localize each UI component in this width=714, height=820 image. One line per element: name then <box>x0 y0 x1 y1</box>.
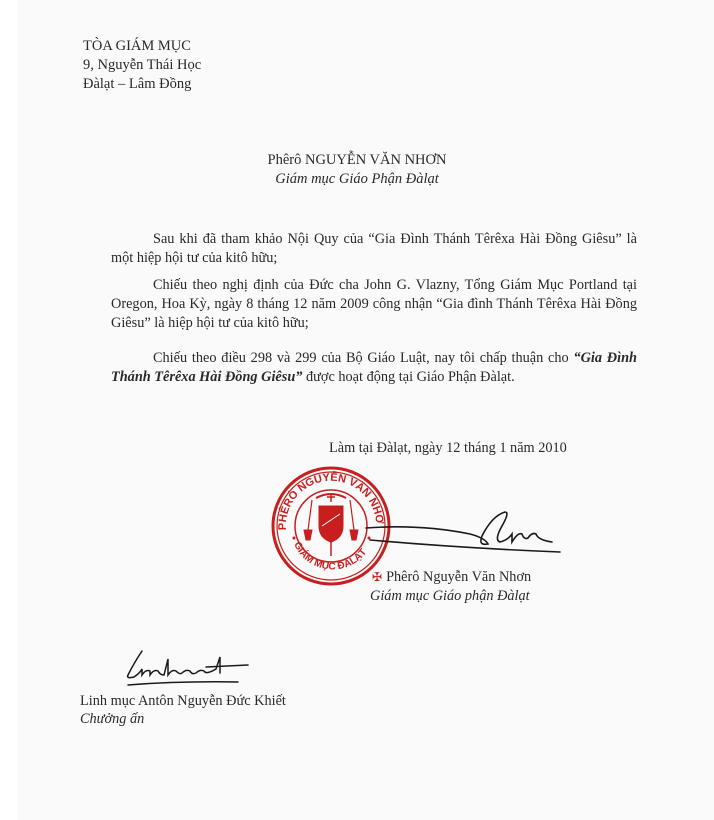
dateline: Làm tại Đàlạt, ngày 12 tháng 1 năm 2010 <box>329 440 567 457</box>
paragraph-1: Sau khi đã tham khảo Nội Quy của “Gia Đì… <box>111 230 637 268</box>
svg-text:GIÁM MỤC ĐÀLẠT: GIÁM MỤC ĐÀLẠT <box>291 540 369 572</box>
chancellor-name: Linh mục Antôn Nguyễn Đức Khiết <box>80 693 286 710</box>
sender-name: Phêrô NGUYỄN VĂN NHƠN <box>0 152 714 169</box>
letterhead-org: TÒA GIÁM MỤC <box>83 37 201 56</box>
chancellor-signature <box>120 645 260 690</box>
paragraph-3-tail: được hoạt động tại Giáo Phận Đàlạt. <box>302 369 514 385</box>
letterhead-address: 9, Nguyễn Thái Học <box>83 56 201 75</box>
paragraph-3: Chiếu theo điều 298 và 299 của Bộ Giáo L… <box>111 349 637 387</box>
signer-name-text: Phêrô Nguyễn Văn Nhơn <box>386 569 531 585</box>
cross-icon: ✠ <box>372 570 382 584</box>
paragraph-3-lead: Chiếu theo điều 298 và 299 của Bộ Giáo L… <box>153 350 573 366</box>
bishop-signature <box>360 506 565 564</box>
coat-of-arms-icon <box>304 494 358 556</box>
sender-title: Giám mục Giáo Phận Đàlạt <box>0 171 714 188</box>
signer-title: Giám mục Giáo phận Đàlạt <box>370 588 530 605</box>
paragraph-2: Chiếu theo nghị định của Đức cha John G.… <box>111 276 637 333</box>
seal-bottom-text: GIÁM MỤC ĐÀLẠT <box>291 540 369 572</box>
letterhead-city: Đàlạt – Lâm Đồng <box>83 75 201 94</box>
chancellor-title: Chưởng ấn <box>80 711 144 728</box>
signer-name: ✠Phêrô Nguyễn Văn Nhơn <box>372 569 531 586</box>
letterhead: TÒA GIÁM MỤC 9, Nguyễn Thái Học Đàlạt – … <box>83 37 201 94</box>
